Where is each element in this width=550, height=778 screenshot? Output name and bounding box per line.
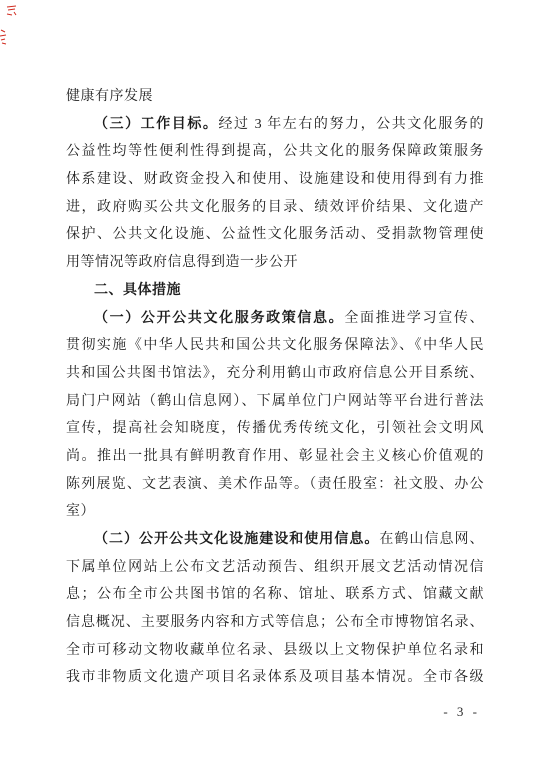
red-ink-mark-left (0, 29, 7, 50)
paragraph-lead-two: （二）公开公共文化设施建设和使用信息。 (94, 532, 379, 547)
text-line: 我市非物质文化遗产项目名录体系及项目基本情况。全市各级 (66, 664, 484, 692)
text-line: 用等情况等政府信息得到造一步公开 (66, 249, 484, 277)
text-line: 信息概况、主要服务内容和方式等信息；公布全市博物馆名录、 (66, 609, 484, 637)
text-line: 体系建设、财政资金投入和使用、设施建设和使用得到有力推 (66, 166, 484, 194)
paragraph-lead-goal: （三）工作目标。 (94, 117, 218, 132)
text-line: 共和国公共图书馆法》，充分利用鹤山市政府信息公开目系统、 (66, 360, 484, 388)
text-line: 局门户网站（鹤山信息网）、下属单位门户网站等平台进行普法 (66, 388, 484, 416)
text-line-continuation: 健康有序发展 (66, 83, 484, 111)
text-line: 全市可移动文物收藏单位名录、县级以上文物保护单位名录和 (66, 637, 484, 665)
text-line: 进，政府购买公共文化服务的目录、绩效评价结果、文化遗产 (66, 194, 484, 222)
text-line: 室） (66, 498, 484, 526)
text-line: 息；公布全市公共图书馆的名称、馆址、联系方式、馆藏文献 (66, 581, 484, 609)
text-line: 保护、公共文化设施、公益性文化服务活动、受捐款物管理使 (66, 221, 484, 249)
text-line: （二）公开公共文化设施建设和使用信息。在鹤山信息网、 (66, 526, 484, 554)
text-line: 公益性均等性便利性得到提高，公共文化的服务保障政策服务 (66, 138, 484, 166)
text-line: 贯彻实施《中华人民共和国公共文化服务保障法》、《中华人民 (66, 332, 484, 360)
document-body: 健康有序发展 （三）工作目标。经过 3 年左右的努力，公共文化服务的 公益性均等… (66, 83, 484, 692)
page-number: - 3 - (443, 704, 478, 720)
text-line: 陈列展览、文艺表演、美术作品等。（责任股室：社文股、办公 (66, 471, 484, 499)
red-ink-mark-top (6, 3, 17, 21)
text-run: 全面推进学习宣传、 (344, 311, 484, 326)
text-line: （一）公开公共文化服务政策信息。全面推进学习宣传、 (66, 305, 484, 333)
section-heading: 二、具体措施 (66, 277, 484, 305)
text-run: 在鹤山信息网、 (379, 532, 484, 547)
text-line: 尚。推出一批具有鲜明教育作用、彰显社会主义核心价值观的 (66, 443, 484, 471)
text-line: （三）工作目标。经过 3 年左右的努力，公共文化服务的 (66, 111, 484, 139)
document-page: 健康有序发展 （三）工作目标。经过 3 年左右的努力，公共文化服务的 公益性均等… (0, 0, 550, 778)
text-line: 宣传，提高社会知晓度，传播优秀传统文化，引领社会文明风 (66, 415, 484, 443)
text-line: 下属单位网站上公布文艺活动预告、组织开展文艺活动情况信 (66, 554, 484, 582)
text-run: 经过 3 年左右的努力，公共文化服务的 (218, 117, 484, 132)
paragraph-lead-one: （一）公开公共文化服务政策信息。 (94, 311, 344, 326)
